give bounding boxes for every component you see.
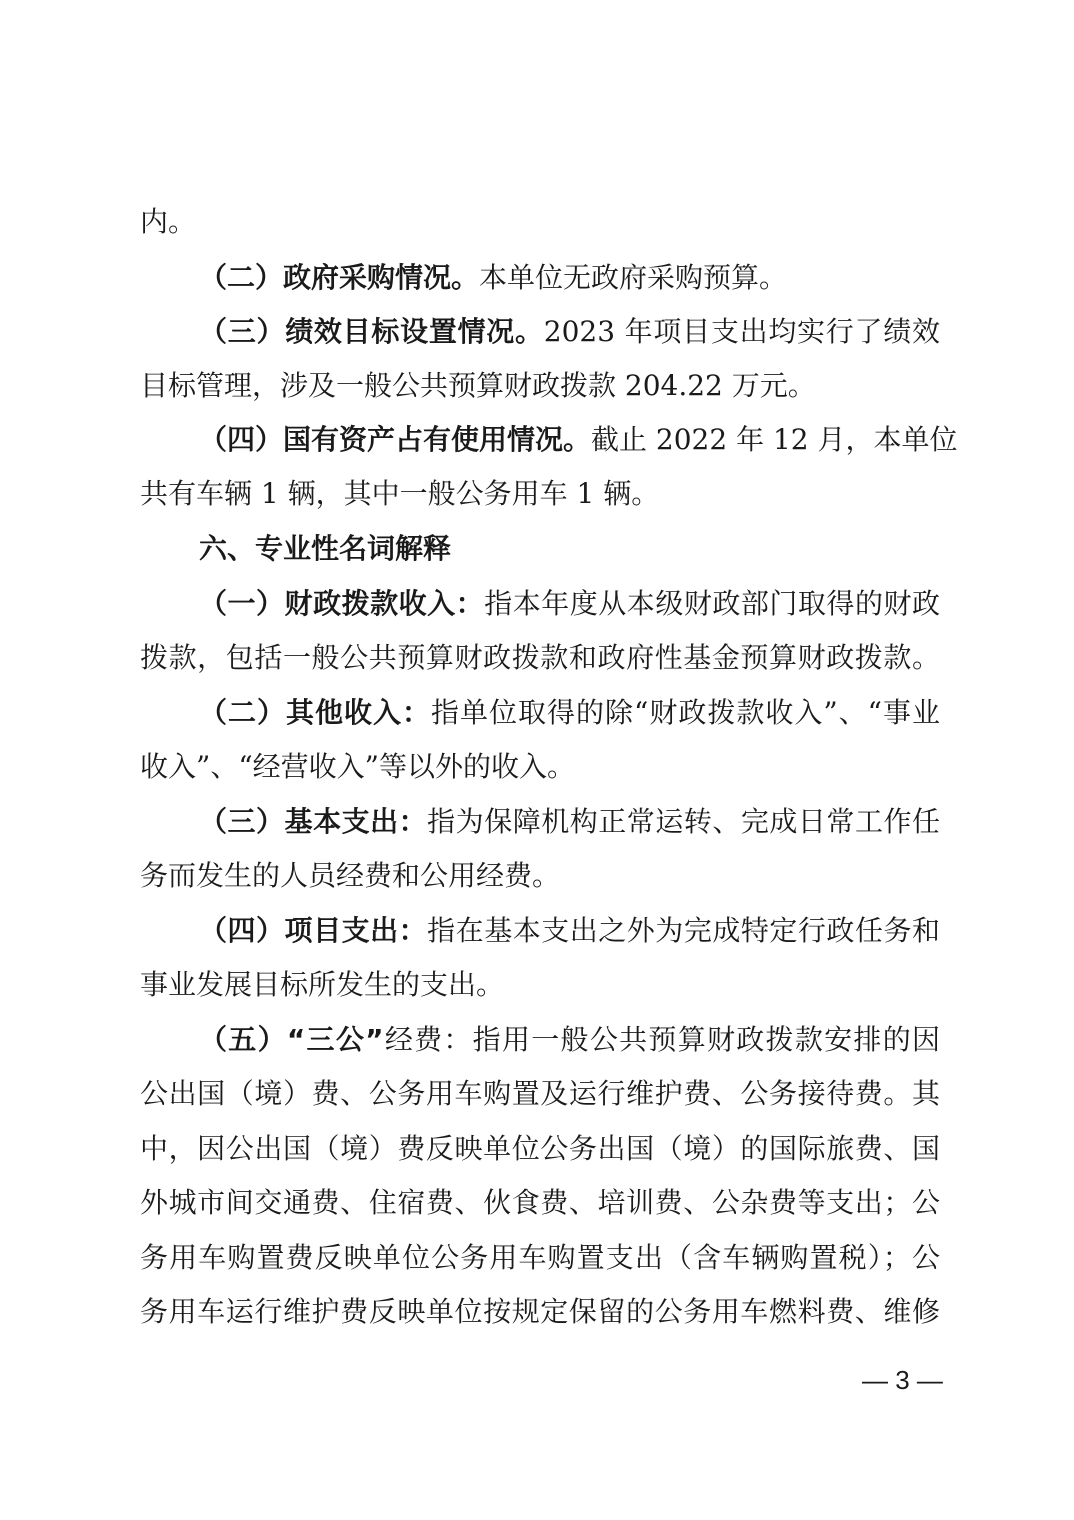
body-text: 截止 2022 年 12 月，本单位: [591, 423, 958, 456]
body-text: 务用车购置费反映单位公务用车购置支出（含车辆购置税）；公: [140, 1241, 940, 1274]
body-text: 指在基本支出之外为完成特定行政任务和: [427, 914, 940, 947]
paragraph-three-public-expenses: （五）“三公”经费：指用一般公共预算财政拨款安排的因: [199, 1020, 940, 1060]
paragraph-line: 共有车辆 1 辆，其中一般公务用车 1 辆。: [140, 474, 940, 514]
paragraph-line: 务用车购置费反映单位公务用车购置支出（含车辆购置税）；公: [140, 1238, 940, 1278]
paragraph-line: 目标管理，涉及一般公共预算财政拨款 204.22 万元。: [140, 366, 940, 406]
paragraph-government-procurement: （二）政府采购情况。本单位无政府采购预算。: [199, 258, 940, 298]
body-text: 本单位无政府采购预算。: [479, 261, 787, 294]
section-lead: （四）国有资产占有使用情况。: [199, 423, 591, 456]
paragraph-performance-targets: （三）绩效目标设置情况。2023 年项目支出均实行了绩效: [199, 312, 940, 352]
body-text: 指单位取得的除“财政拨款收入”、“事业: [431, 696, 940, 729]
paragraph-basic-expenditure: （三）基本支出：指为保障机构正常运转、完成日常工作任: [199, 802, 940, 842]
body-text: 内。: [140, 205, 196, 238]
paragraph-line: 公出国（境）费、公务用车购置及运行维护费、公务接待费。其: [140, 1074, 940, 1114]
paragraph-line: 外城市间交通费、住宿费、伙食费、培训费、公杂费等支出；公: [140, 1183, 940, 1223]
term-lead: （一）财政拨款收入：: [199, 587, 484, 620]
paragraph-other-income: （二）其他收入：指单位取得的除“财政拨款收入”、“事业: [199, 693, 940, 733]
term-lead: （五）“三公”: [199, 1023, 384, 1056]
paragraph-fiscal-appropriation-income: （一）财政拨款收入：指本年度从本级财政部门取得的财政: [199, 584, 940, 624]
body-text: 务而发生的人员经费和公用经费。: [140, 859, 560, 892]
paragraph-line: 拨款，包括一般公共预算财政拨款和政府性基金预算财政拨款。: [140, 638, 940, 678]
body-text: 拨款，包括一般公共预算财政拨款和政府性基金预算财政拨款。: [140, 641, 940, 674]
paragraph-project-expenditure: （四）项目支出：指在基本支出之外为完成特定行政任务和: [199, 911, 940, 951]
page-number: — 3 —: [862, 1362, 942, 1398]
term-lead: （二）其他收入：: [199, 696, 431, 729]
paragraph-line: 务而发生的人员经费和公用经费。: [140, 856, 940, 896]
term-lead: （三）基本支出：: [199, 805, 427, 838]
paragraph-line: 事业发展目标所发生的支出。: [140, 965, 940, 1005]
document-page: 内。 （二）政府采购情况。本单位无政府采购预算。 （三）绩效目标设置情况。202…: [0, 0, 1074, 1520]
section-lead: （二）政府采购情况。: [199, 261, 479, 294]
paragraph-state-assets: （四）国有资产占有使用情况。截止 2022 年 12 月，本单位: [199, 420, 940, 460]
body-text: 经费：指用一般公共预算财政拨款安排的因: [384, 1023, 940, 1056]
section-lead: （三）绩效目标设置情况。: [199, 315, 544, 348]
body-text: 收入”、“经营收入”等以外的收入。: [140, 750, 575, 783]
body-text: 外城市间交通费、住宿费、伙食费、培训费、公杂费等支出；公: [140, 1186, 940, 1219]
body-text: 指本年度从本级财政部门取得的财政: [484, 587, 940, 620]
term-lead: （四）项目支出：: [199, 914, 427, 947]
section-heading-terms: 六、专业性名词解释: [199, 529, 940, 569]
paragraph-line: 内。: [140, 202, 940, 242]
paragraph-line: 务用车运行维护费反映单位按规定保留的公务用车燃料费、维修: [140, 1292, 940, 1332]
body-text: 事业发展目标所发生的支出。: [140, 968, 504, 1001]
heading-text: 六、专业性名词解释: [199, 532, 451, 565]
body-text: 2023 年项目支出均实行了绩效: [544, 315, 940, 348]
paragraph-line: 收入”、“经营收入”等以外的收入。: [140, 747, 940, 787]
body-text: 中，因公出国（境）费反映单位公务出国（境）的国际旅费、国: [140, 1132, 940, 1165]
body-text: 务用车运行维护费反映单位按规定保留的公务用车燃料费、维修: [140, 1295, 940, 1328]
body-text: 目标管理，涉及一般公共预算财政拨款 204.22 万元。: [140, 369, 816, 402]
body-text: 共有车辆 1 辆，其中一般公务用车 1 辆。: [140, 477, 659, 510]
body-text: 指为保障机构正常运转、完成日常工作任: [427, 805, 940, 838]
body-text: 公出国（境）费、公务用车购置及运行维护费、公务接待费。其: [140, 1077, 940, 1110]
paragraph-line: 中，因公出国（境）费反映单位公务出国（境）的国际旅费、国: [140, 1129, 940, 1169]
